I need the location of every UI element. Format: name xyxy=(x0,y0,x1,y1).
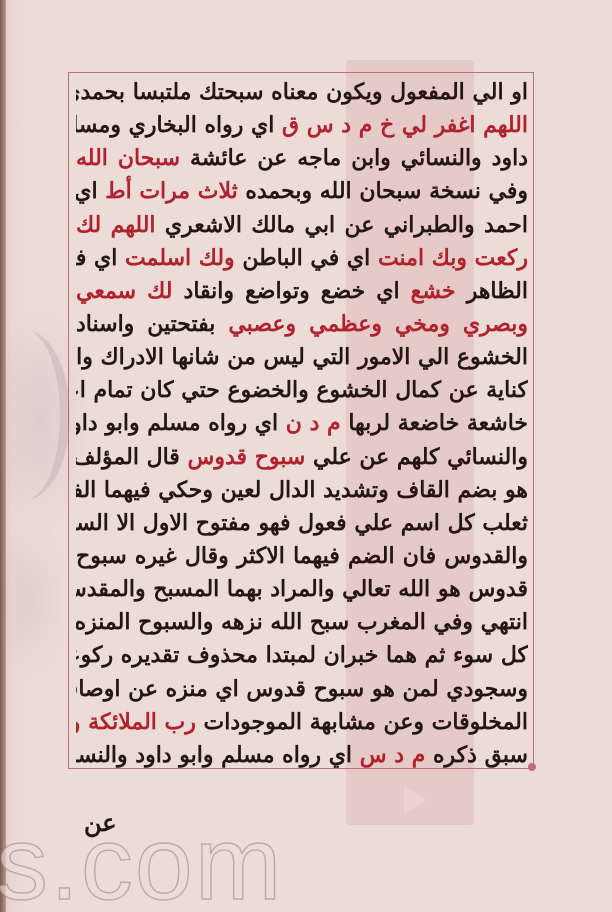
rubric-text: خشع xyxy=(411,278,456,304)
rubric-text: سبوح قدوس xyxy=(187,444,305,470)
manuscript-line: ركعت وبك امنت اي في الباطن ولك اسلمت اي … xyxy=(76,242,528,275)
body-text: وفي نسخة سبحان الله وبحمده xyxy=(238,178,528,204)
body-text: اي رواه مسلم وابو داود والنسائي كلهم xyxy=(76,742,360,768)
manuscript-text-block: او الي المفعول ويكون معناه سبحتك ملتبسا … xyxy=(76,76,528,772)
manuscript-line: كل سوء ثم هما خبران لمبتدا محذوف تقديره … xyxy=(76,639,528,672)
body-text: داود والنسائي وابن ماجه عن عائشة xyxy=(180,145,528,171)
rubric-text: م د ن xyxy=(286,410,341,436)
body-text: اي في xyxy=(76,245,125,271)
body-text: احمد والطبراني عن ابي مالك الاشعري xyxy=(156,212,528,238)
manuscript-line: وفي نسخة سبحان الله وبحمده ثلاث مرات أط … xyxy=(76,175,528,208)
body-text: اي رواه مسلم وابو داود xyxy=(76,410,286,436)
body-text: سبق ذكره xyxy=(425,742,528,768)
body-text: اي رواه xyxy=(76,178,105,204)
rubric-text: سبحان الله xyxy=(76,145,180,171)
body-text: هو بضم القاف وتشديد الدال لعين وحكي فيهم… xyxy=(76,477,528,503)
rubric-text: ولك اسلمت xyxy=(125,245,235,271)
rubric-text: اللهم لك xyxy=(76,212,156,238)
manuscript-line: سبق ذكره م د س اي رواه مسلم وابو داود وا… xyxy=(76,739,528,772)
frame-corner-dot xyxy=(528,763,536,771)
body-text: اي خضع وتواضع وانقاد xyxy=(172,278,410,304)
body-text: والقدوس فان الضم فيهما الاكثر وقال غيره … xyxy=(76,543,528,569)
manuscript-line: انتهي وفي المغرب سبح الله نزهه والسبوح ا… xyxy=(76,606,528,639)
body-text: كل سوء ثم هما خبران لمبتدا محذوف تقديره … xyxy=(76,642,528,668)
body-text: اي في الباطن xyxy=(235,245,378,271)
manuscript-line: كناية عن كمال الخشوع والخضوع حتي كان تما… xyxy=(76,374,528,407)
body-text: بفتحتين واسناد xyxy=(76,311,228,337)
rubric-text: ركعت وبك امنت xyxy=(378,245,528,271)
manuscript-line: احمد والطبراني عن ابي مالك الاشعري اللهم… xyxy=(76,209,528,242)
body-text: كناية عن كمال الخشوع والخضوع حتي كان تما… xyxy=(76,377,528,403)
watermark-text: s.com xyxy=(0,812,283,912)
rubric-text: اللهم اغفر لي خ م د س ق xyxy=(282,112,528,138)
body-text: الخشوع الي الامور التي ليس من شانها الاد… xyxy=(76,344,528,370)
body-text: اي رواه البخاري ومسلم وابو xyxy=(76,112,282,138)
manuscript-line: والنسائي كلهم عن علي سبوح قدوس قال المؤل… xyxy=(76,441,528,474)
manuscript-line: والقدوس فان الضم فيهما الاكثر وقال غيره … xyxy=(76,540,528,573)
body-text: المخلوقات وعن مشابهة الموجودات xyxy=(196,709,528,735)
watermark-play-icon xyxy=(404,786,426,814)
manuscript-line: او الي المفعول ويكون معناه سبحتك ملتبسا … xyxy=(76,76,528,109)
manuscript-line: خاشعة خاضعة لربها م د ن اي رواه مسلم واب… xyxy=(76,407,528,440)
body-text: والنسائي كلهم عن علي xyxy=(305,444,528,470)
body-text: قال المؤلف xyxy=(76,444,187,470)
manuscript-line: داود والنسائي وابن ماجه عن عائشة سبحان ا… xyxy=(76,142,528,175)
body-text: وسجودي لمن هو سبوح قدوس اي منزه عن اوصاف xyxy=(76,676,528,702)
rubric-text: وبصري ومخي وعظمي وعصبي xyxy=(228,311,528,337)
manuscript-line: اللهم اغفر لي خ م د س ق اي رواه البخاري … xyxy=(76,109,528,142)
manuscript-line: الظاهر خشع اي خضع وتواضع وانقاد لك سمعي xyxy=(76,275,528,308)
body-text: الظاهر xyxy=(456,278,528,304)
rubric-text: لك سمعي xyxy=(76,278,172,304)
body-text: انتهي وفي المغرب سبح الله نزهه والسبوح ا… xyxy=(76,609,528,635)
manuscript-line: وسجودي لمن هو سبوح قدوس اي منزه عن اوصاف xyxy=(76,673,528,706)
rubric-text: م د س xyxy=(360,742,426,768)
manuscript-line: ثعلب كل اسم علي فعول فهو مفتوح الاول الا… xyxy=(76,507,528,540)
body-text: ثعلب كل اسم علي فعول فهو مفتوح الاول الا… xyxy=(76,510,528,536)
rubric-text: رب الملائكة والروح xyxy=(76,709,196,735)
rubric-text: ثلاث مرات أط xyxy=(105,178,237,204)
body-text: او الي المفعول ويكون معناه سبحتك ملتبسا … xyxy=(76,79,528,105)
manuscript-line: هو بضم القاف وتشديد الدال لعين وحكي فيهم… xyxy=(76,474,528,507)
manuscript-line: المخلوقات وعن مشابهة الموجودات رب الملائ… xyxy=(76,706,528,739)
manuscript-line: الخشوع الي الامور التي ليس من شانها الاد… xyxy=(76,341,528,374)
manuscript-line: وبصري ومخي وعظمي وعصبي بفتحتين واسناد xyxy=(76,308,528,341)
manuscript-line: قدوس هو الله تعالي والمراد بهما المسبح و… xyxy=(76,573,528,606)
body-text: خاشعة خاضعة لربها xyxy=(341,410,528,436)
body-text: قدوس هو الله تعالي والمراد بهما المسبح و… xyxy=(76,576,528,602)
